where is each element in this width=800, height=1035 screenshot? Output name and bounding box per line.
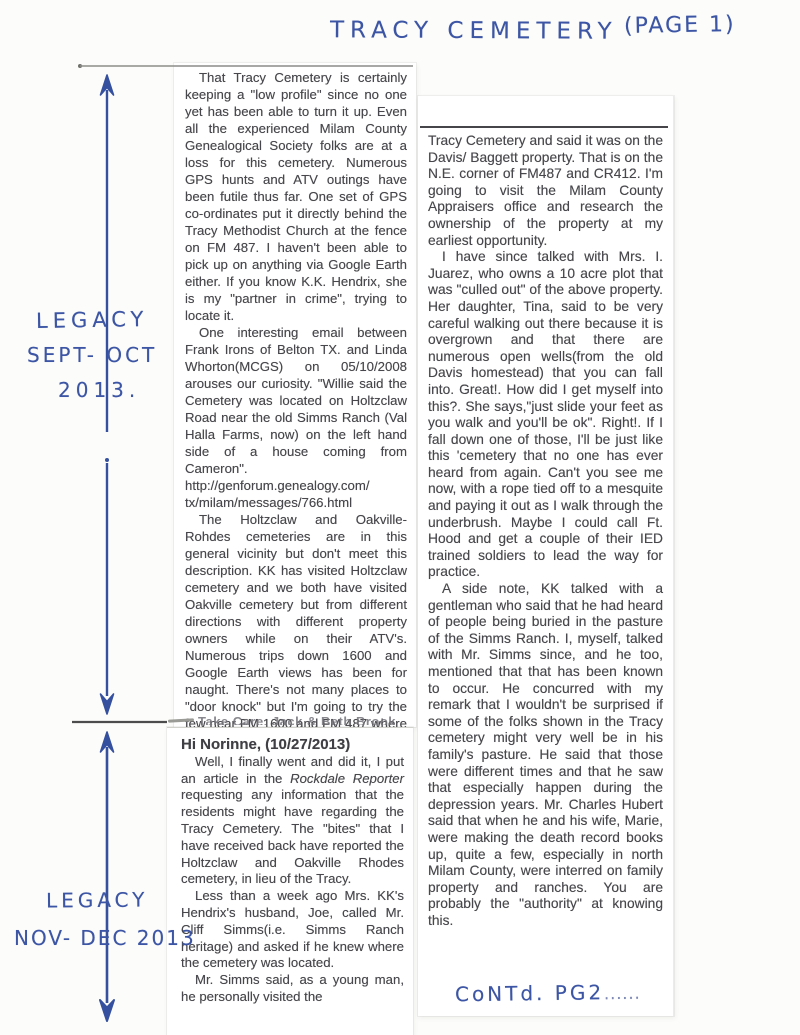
margin-note-legacy-sept-oct: 2013.: [58, 378, 140, 402]
page-number-note: (PAGE 1): [624, 12, 736, 39]
paragraph: Mr. Simms said, as a young man, he perso…: [181, 972, 404, 1006]
clipping-legacy-nov-dec-col1: Hi Norinne, (10/27/2013) Well, I finally…: [167, 727, 413, 1035]
margin-note-legacy-sept-oct: SEPT- OCT: [27, 343, 157, 367]
column-rule-line: [420, 126, 668, 128]
paragraph-text: requesting any information that the resi…: [181, 787, 404, 886]
paragraph: Well, I finally went and did it, I put a…: [181, 754, 404, 888]
scanned-page: That Tracy Cemetery is certainly keeping…: [0, 0, 800, 1035]
paragraph: Tracy Cemetery and said it was on the Da…: [428, 133, 663, 249]
clipping-text: Hi Norinne, (10/27/2013) Well, I finally…: [181, 737, 404, 1006]
margin-note-legacy-sept-oct: LEGACY: [36, 307, 149, 333]
paragraph: A side note, KK talked with a gentleman …: [428, 581, 663, 929]
clipping-text: Tracy Cemetery and said it was on the Da…: [428, 133, 663, 930]
signoff-cutoff-text: Take Care, Jack & Beth Brook: [198, 716, 412, 725]
paragraph: That Tracy Cemetery is certainly keeping…: [185, 69, 407, 324]
continued-page2-note: CoNTd. PG2......: [455, 980, 641, 1007]
newspaper-name-italic: Rockdale Reporter: [290, 771, 404, 786]
paragraph: Less than a week ago Mrs. KK's Hendrix's…: [181, 888, 404, 972]
timeline-arrow-nov-dec-icon: [100, 732, 114, 1021]
continued-note-trail: ......: [604, 984, 641, 1004]
signoff-text: Take Care, Jack & Beth Brook: [198, 716, 396, 725]
clipping-col2: Tracy Cemetery and said it was on the Da…: [418, 96, 674, 1016]
paragraph: I have since talked with Mrs. I. Juarez,…: [428, 249, 663, 581]
paragraph: One interesting email between Frank Iron…: [185, 324, 407, 511]
letter-greeting: Hi Norinne, (10/27/2013): [181, 737, 404, 754]
page-title: TRACY CEMETERY: [330, 17, 618, 45]
margin-note-legacy-nov-dec: LEGACY: [46, 887, 149, 912]
continued-note-text: CoNTd. PG2: [455, 980, 604, 1006]
margin-note-legacy-nov-dec: NOV- DEC 2013: [14, 926, 196, 950]
clipping-legacy-sept-oct-col1: That Tracy Cemetery is certainly keeping…: [174, 63, 416, 727]
